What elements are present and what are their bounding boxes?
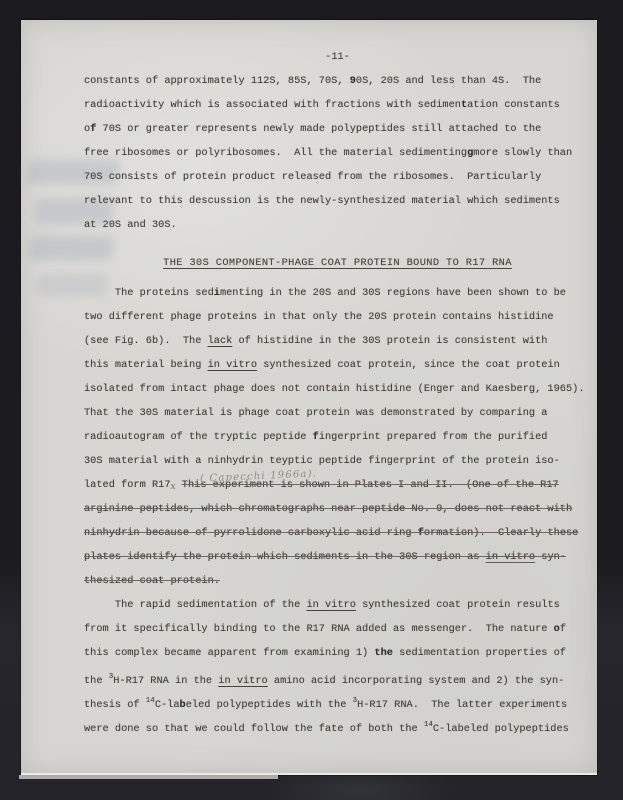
text-line: 30S material with a ninhydrin teyptic pe… xyxy=(84,449,591,473)
text-line: this complex became apparent from examin… xyxy=(84,641,591,665)
text-line: free ribosomes or polyribosomes. All the… xyxy=(84,141,591,165)
text-line: The rapid sedimentation of the in vitro … xyxy=(84,593,591,617)
text-line: the 3H-R17 RNA in the in vitro amino aci… xyxy=(84,665,591,689)
paragraph-rapid-sedimentation: The rapid sedimentation of the in vitro … xyxy=(84,593,591,737)
text-line: constants of approximately 112S, 85S, 70… xyxy=(84,69,591,93)
page-number: -11- xyxy=(84,45,591,69)
text-line: radioautogram of the tryptic peptide fin… xyxy=(84,425,591,449)
underlying-page-edge xyxy=(19,775,278,779)
text-line: (see Fig. 6b). The lack of histidine in … xyxy=(84,329,591,353)
text-line: two different phage proteins in that onl… xyxy=(84,305,591,329)
text-line: radioactivity which is associated with f… xyxy=(84,93,591,117)
spacer xyxy=(84,237,591,251)
typed-text-block: -11- constants of approximately 112S, 85… xyxy=(84,45,591,737)
section-heading: THE 30S COMPONENT-PHAGE COAT PROTEIN BOU… xyxy=(84,251,591,275)
text-line: from it specifically binding to the R17 … xyxy=(84,617,591,641)
text-line: this material being in vitro synthesized… xyxy=(84,353,591,377)
text-line: plates identify the protein which sedime… xyxy=(84,545,591,569)
text-line: thesized coat protein. xyxy=(84,569,591,593)
paragraph-30s-component: The proteins sedimenting in the 20S and … xyxy=(84,281,591,593)
text-line: relevant to this descussion is the newly… xyxy=(84,189,591,213)
text-line: were done so that we could follow the fa… xyxy=(84,713,591,737)
text-line: ninhydrin because of pyrrolidone carboxy… xyxy=(84,521,591,545)
document-page: -11- constants of approximately 112S, 85… xyxy=(21,20,597,775)
text-line: at 20S and 30S. xyxy=(84,213,591,237)
text-line: thesis of 14C-labeled polypeptides with … xyxy=(84,689,591,713)
paragraph-sedimentation-constants: constants of approximately 112S, 85S, 70… xyxy=(84,69,591,237)
text-line: arginine peptides, which chromatographs … xyxy=(84,497,591,521)
text-line: 70S consists of protein product released… xyxy=(84,165,591,189)
text-line: isolated from intact phage does not cont… xyxy=(84,377,591,401)
text-line: of 70S or greater represents newly made … xyxy=(84,117,591,141)
text-line: lated form R17x This experiment is shown… xyxy=(84,473,591,497)
text-line: That the 30S material is phage coat prot… xyxy=(84,401,591,425)
text-line: The proteins sedimenting in the 20S and … xyxy=(84,281,591,305)
